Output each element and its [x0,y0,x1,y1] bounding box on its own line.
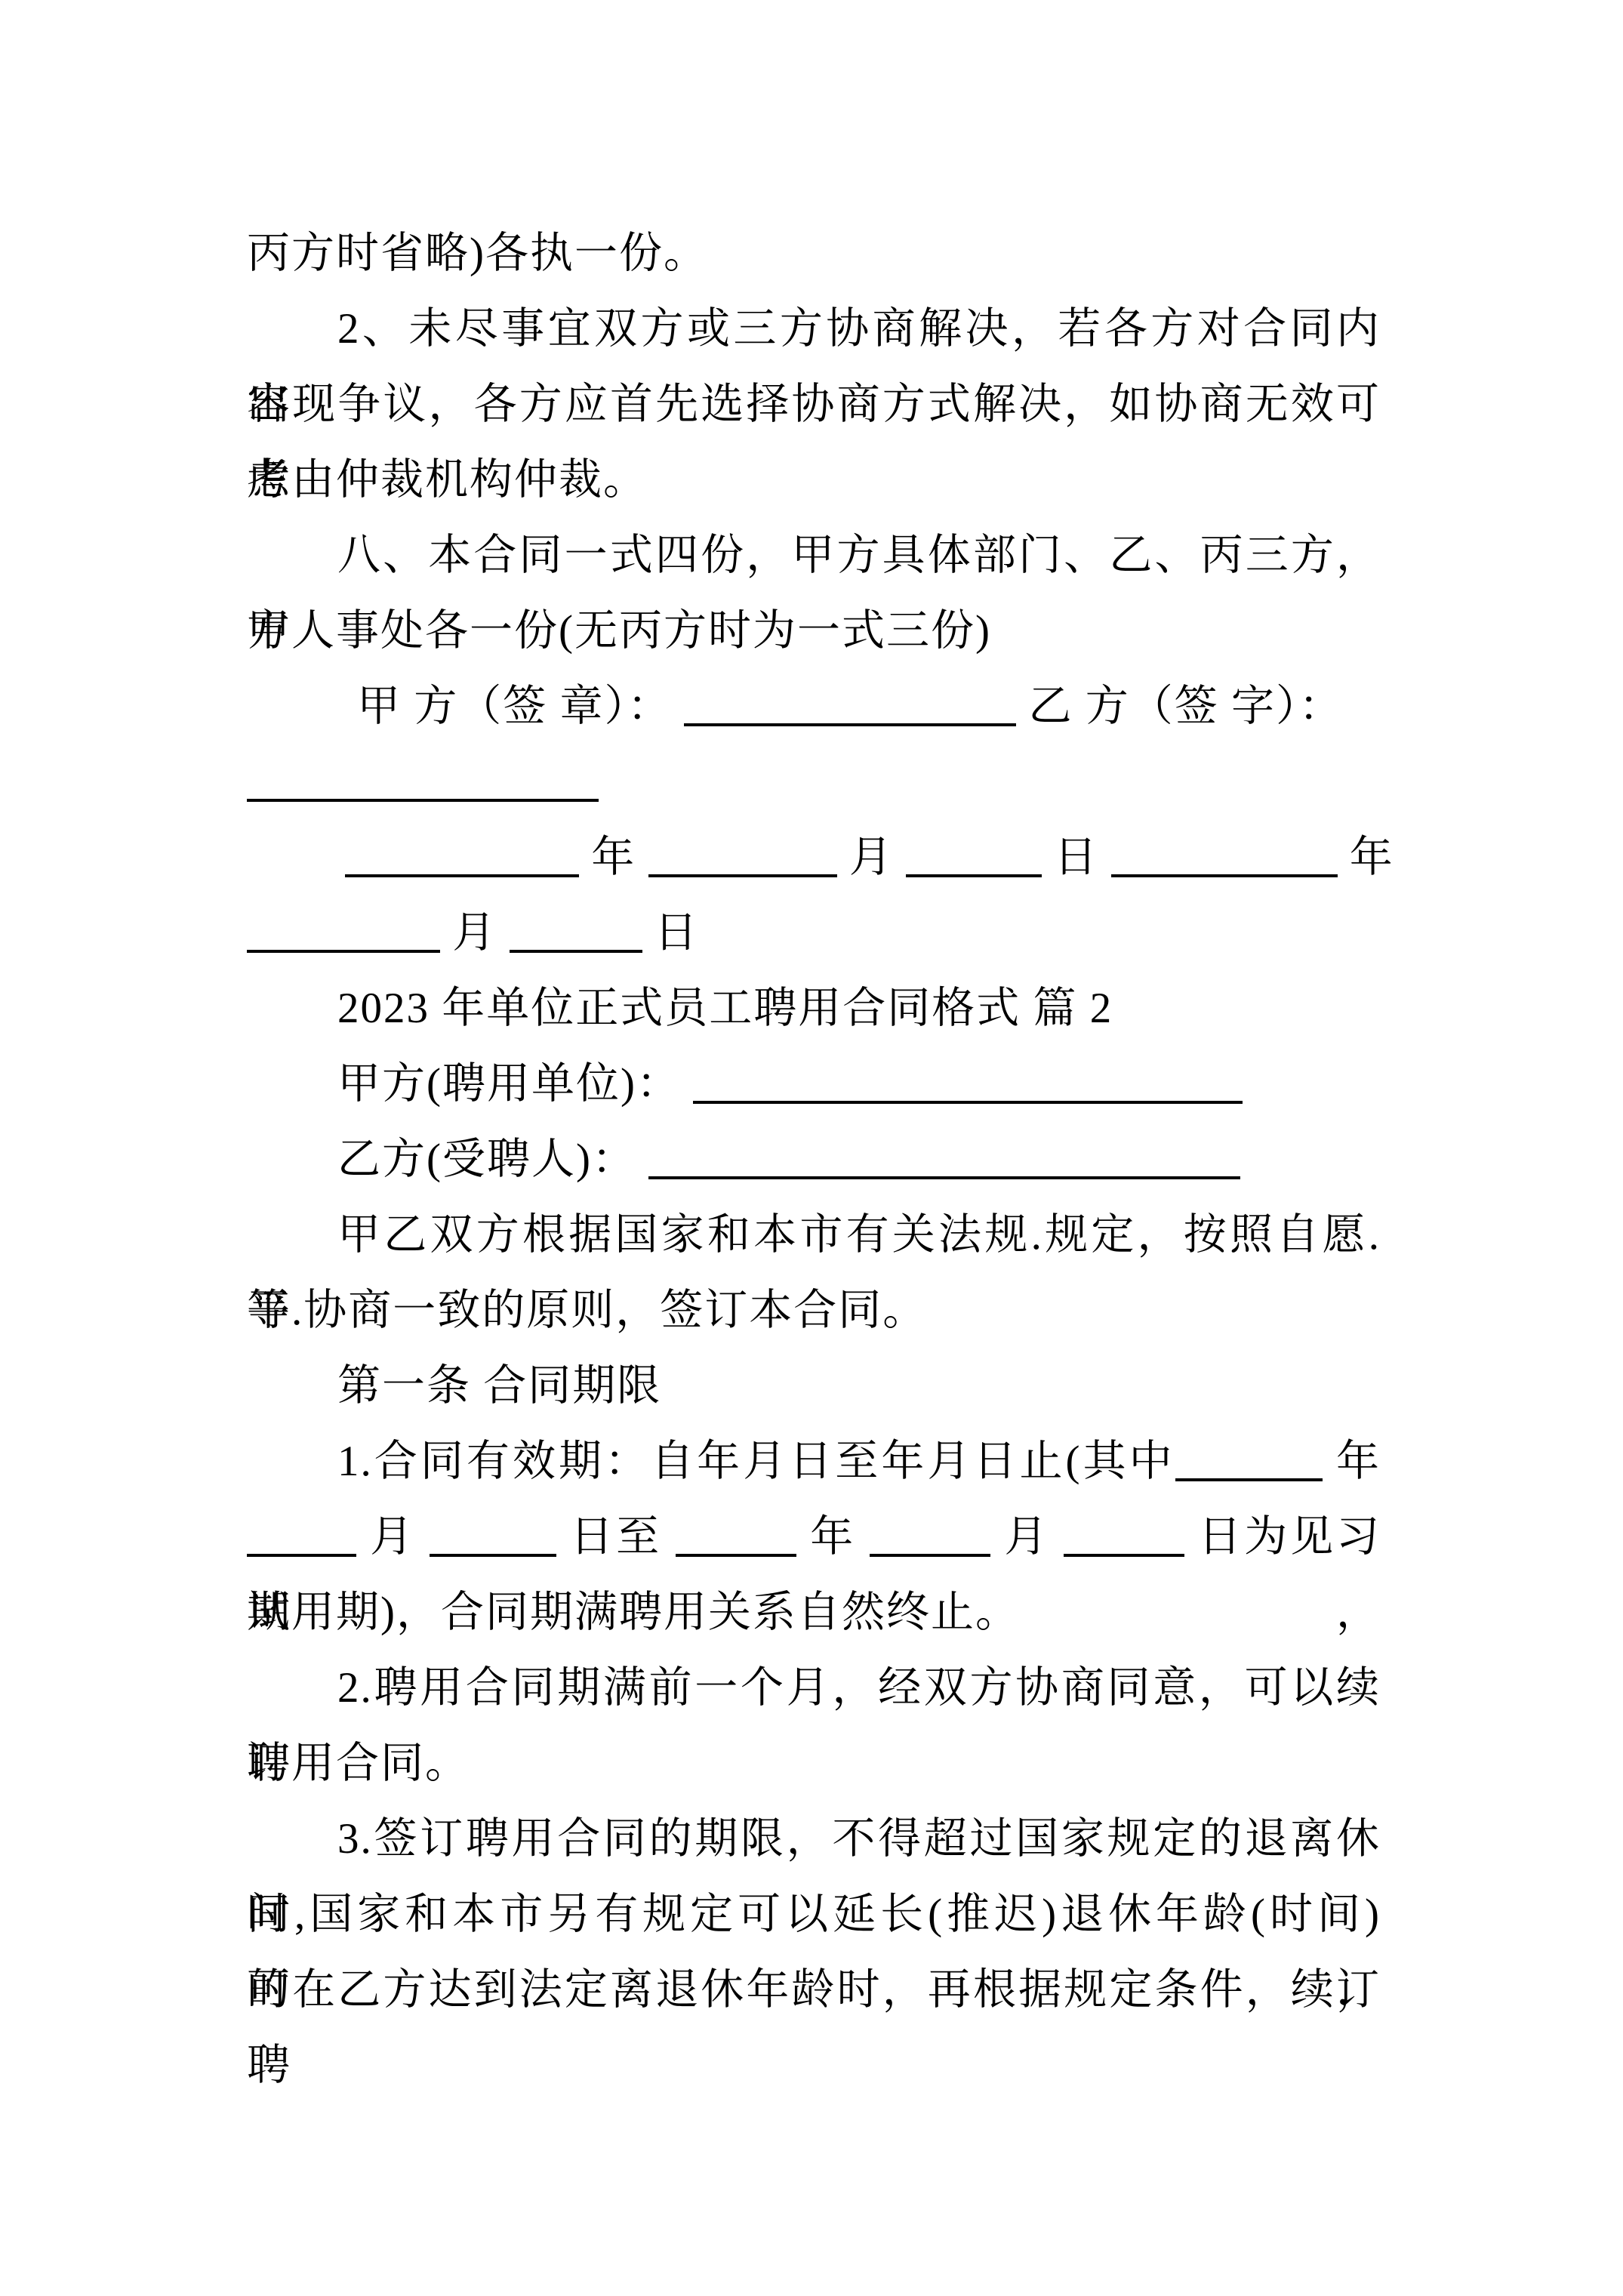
blank-field [247,914,440,953]
text-run: 日 [1042,834,1111,881]
paragraph-line-14: 甲乙双方根据国家和本市有关法规.规定，按照自愿.平 [247,1197,1381,1273]
text-run: 年 [579,834,648,881]
text-run: 1.合同有效期：自年月日至年月日止(其中 [337,1438,1175,1485]
text-run: 甲方(聘用单位)： [337,1060,693,1108]
text-run: 试用期)，合同期满聘用关系自然终止。 [247,1589,1020,1636]
text-run: 日至 [556,1513,676,1561]
contract-document: 丙方时省略)各执一份。2、未尽事宜双方或三方协商解决，若各方对合同内容出现争议，… [247,216,1381,2028]
blank-field [345,838,579,877]
blank-field [906,838,1042,877]
paragraph-line-9: 年 月 日 年 [247,820,1381,895]
text-run: 乙方(受聘人)： [337,1136,648,1183]
text-run: 可在乙方达到法定离退休年龄时，再根据规定条件，续订聘 [247,1966,1381,2089]
text-run: 月 [440,909,510,957]
text-run: 月 [356,1513,430,1561]
paragraph-line-17: 1.合同有效期：自年月日至年月日止(其中 年 [247,1424,1381,1499]
paragraph-line-13: 乙方(受聘人)： [247,1122,1381,1197]
text-run: 等.协商一致的原则，签订本合同。 [247,1287,927,1334]
text-run: 聘用合同。 [247,1740,470,1787]
paragraph-line-22: 3.签订聘用合同的期限，不得超过国家规定的退离休时 [247,1801,1381,1877]
blank-field [247,1518,356,1557]
contract-page: 丙方时省略)各执一份。2、未尽事宜双方或三方协商解决，若各方对合同内容出现争议，… [0,0,1623,2296]
paragraph-line-8 [247,744,1381,820]
paragraph-line-2: 2、未尽事宜双方或三方协商解决，若各方对合同内容 [247,291,1381,367]
text-run: 乙 方（签 字）： [1016,683,1343,730]
text-run: 月 [990,1513,1064,1561]
text-run: 日 [642,909,699,957]
text-run: 虑由仲裁机构仲裁。 [247,456,648,504]
paragraph-line-15: 等.协商一致的原则，签订本合同。 [247,1273,1381,1348]
text-run: 方人事处各一份(无丙方时为一式三份) [247,607,991,655]
blank-field [648,1140,1240,1179]
text-run: 2023 年单位正式员工聘用合同格式 篇 2 [337,985,1113,1032]
paragraph-line-5: 八、本合同一式四份，甲方具体部门、乙、丙三方，甲 [247,518,1381,593]
blank-field [1064,1518,1184,1557]
paragraph-line-21: 聘用合同。 [247,1726,1381,1801]
text-run: 甲 方（签 章）： [357,683,684,730]
blank-field [676,1518,796,1557]
text-run: 第一条 合同期限 [337,1362,661,1410]
paragraph-line-16: 第一条 合同期限 [247,1348,1381,1424]
paragraph-line-23: 间,国家和本市另有规定可以延长(推迟)退休年龄(时间)的， [247,1877,1381,1952]
paragraph-line-10: 月 日 [247,895,1381,971]
blank-field [1111,838,1338,877]
blank-field [510,914,642,953]
paragraph-line-11: 2023 年单位正式员工聘用合同格式 篇 2 [247,971,1381,1046]
paragraph-line-24: 可在乙方达到法定离退休年龄时，再根据规定条件，续订聘 [247,1952,1381,2028]
blank-field [693,1065,1243,1104]
blank-field [870,1518,990,1557]
blank-field [247,763,599,802]
paragraph-line-18: 月 日至 年 月 日为见习期， [247,1499,1381,1575]
text-run: 年 [1323,1438,1381,1485]
paragraph-line-3: 出现争议，各方应首先选择协商方式解决，如协商无效可考 [247,367,1381,442]
text-run: 丙方时省略)各执一份。 [247,230,708,277]
blank-field [1175,1442,1323,1481]
paragraph-line-6: 方人事处各一份(无丙方时为一式三份) [247,593,1381,669]
text-run: 年 [796,1513,870,1561]
text-run: 月 [837,834,907,881]
paragraph-line-4: 虑由仲裁机构仲裁。 [247,442,1381,518]
paragraph-line-20: 2.聘用合同期满前一个月，经双方协商同意，可以续订 [247,1650,1381,1726]
paragraph-line-7: 甲 方（签 章）： 乙 方（签 字）： [247,669,1381,744]
paragraph-line-12: 甲方(聘用单位)： [247,1046,1381,1122]
blank-field [648,838,837,877]
text-run: 年 [1338,834,1394,881]
blank-field [430,1518,556,1557]
paragraph-line-1: 丙方时省略)各执一份。 [247,216,1381,291]
blank-field [684,687,1016,726]
